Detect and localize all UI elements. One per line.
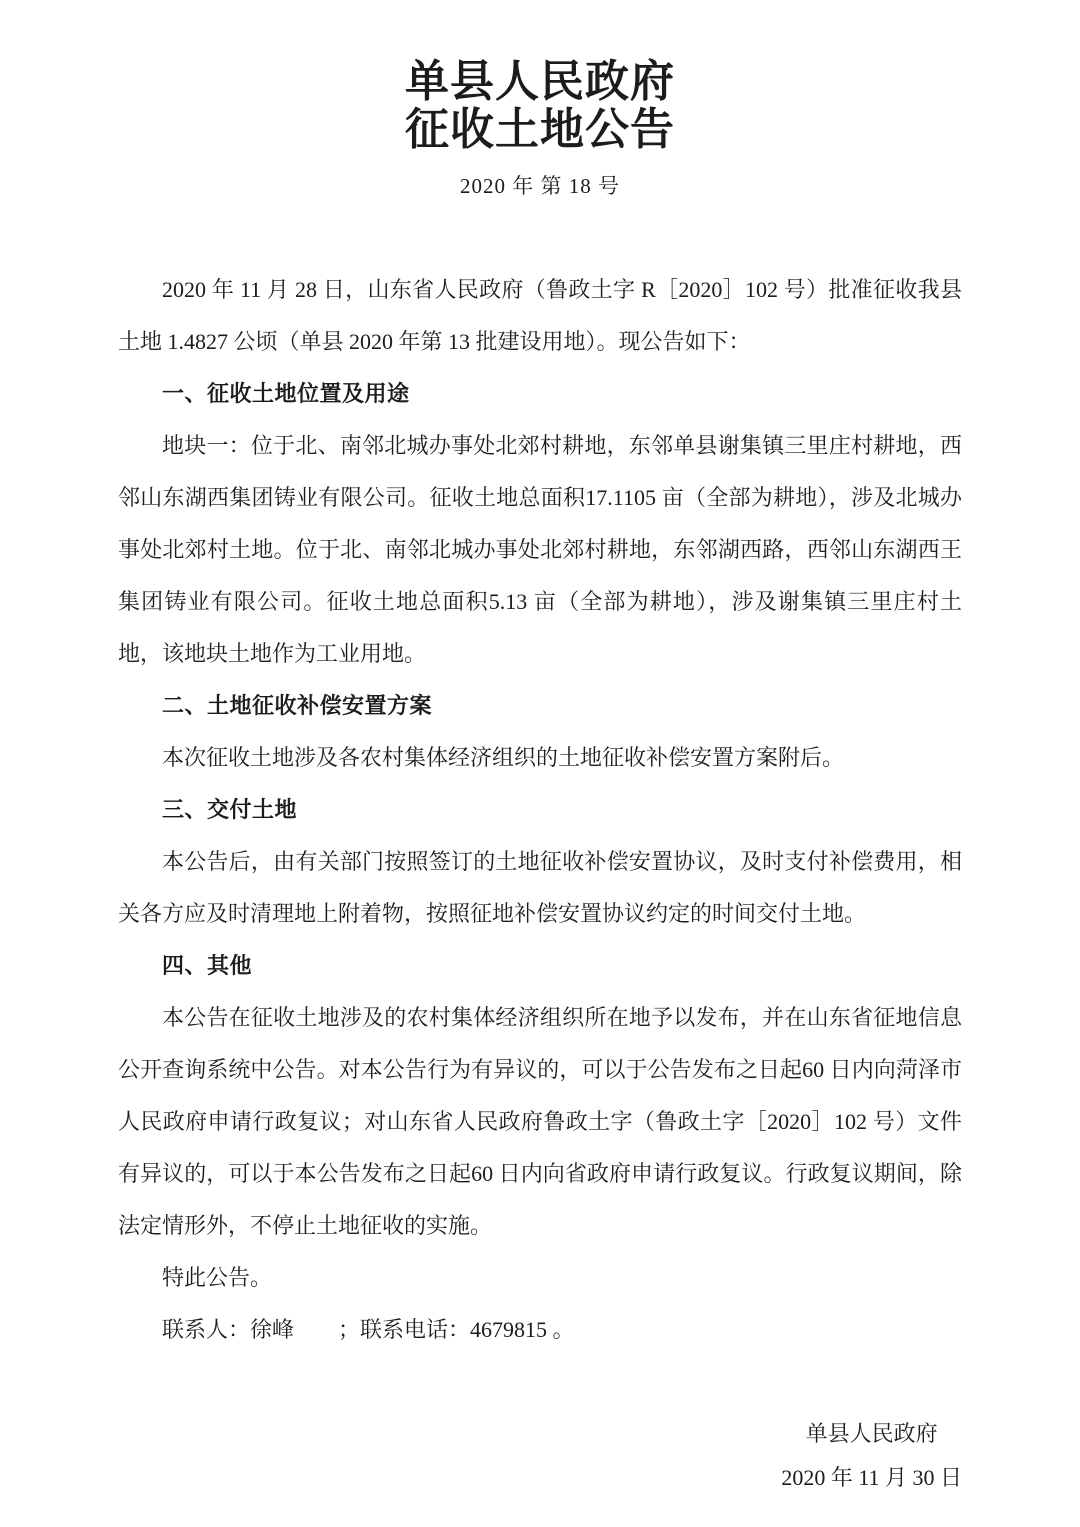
section-heading-3: 三、交付土地 (118, 784, 962, 836)
announcement-document: 单县人民政府 征收土地公告 2020 年 第 18 号 2020 年 11 月 … (0, 0, 1080, 1527)
section-heading-4: 四、其他 (118, 940, 962, 992)
section-body-2: 本次征收土地涉及各农村集体经济组织的土地征收补偿安置方案附后。 (118, 732, 962, 784)
contact-line: 联系人：徐峰 ；联系电话：4679815 。 (118, 1304, 962, 1356)
document-title-line2: 征收土地公告 (405, 105, 675, 154)
signature-block: 单县人民政府 2020 年 11 月 30 日 (781, 1412, 962, 1500)
signature-issuer: 单县人民政府 (781, 1412, 962, 1456)
intro-paragraph: 2020 年 11 月 28 日，山东省人民政府（鲁政土字 R［2020］102… (118, 264, 962, 368)
document-number: 2020 年 第 18 号 (118, 170, 962, 200)
section-body-3: 本公告后，由有关部门按照签订的土地征收补偿安置协议，及时支付补偿费用，相关各方应… (118, 836, 962, 940)
document-body: 2020 年 11 月 28 日，山东省人民政府（鲁政土字 R［2020］102… (118, 264, 962, 1356)
section-heading-1: 一、征收土地位置及用途 (118, 368, 962, 420)
signature-date: 2020 年 11 月 30 日 (781, 1456, 962, 1500)
section-body-4: 本公告在征收土地涉及的农村集体经济组织所在地予以发布，并在山东省征地信息公开查询… (118, 992, 962, 1252)
document-title-line1: 单县人民政府 (405, 57, 675, 106)
closing-statement: 特此公告。 (118, 1252, 962, 1304)
document-title: 单县人民政府 征收土地公告 (118, 58, 962, 154)
section-heading-2: 二、土地征收补偿安置方案 (118, 680, 962, 732)
section-body-1: 地块一：位于北、南邻北城办事处北郊村耕地，东邻单县谢集镇三里庄村耕地，西邻山东湖… (118, 420, 962, 680)
